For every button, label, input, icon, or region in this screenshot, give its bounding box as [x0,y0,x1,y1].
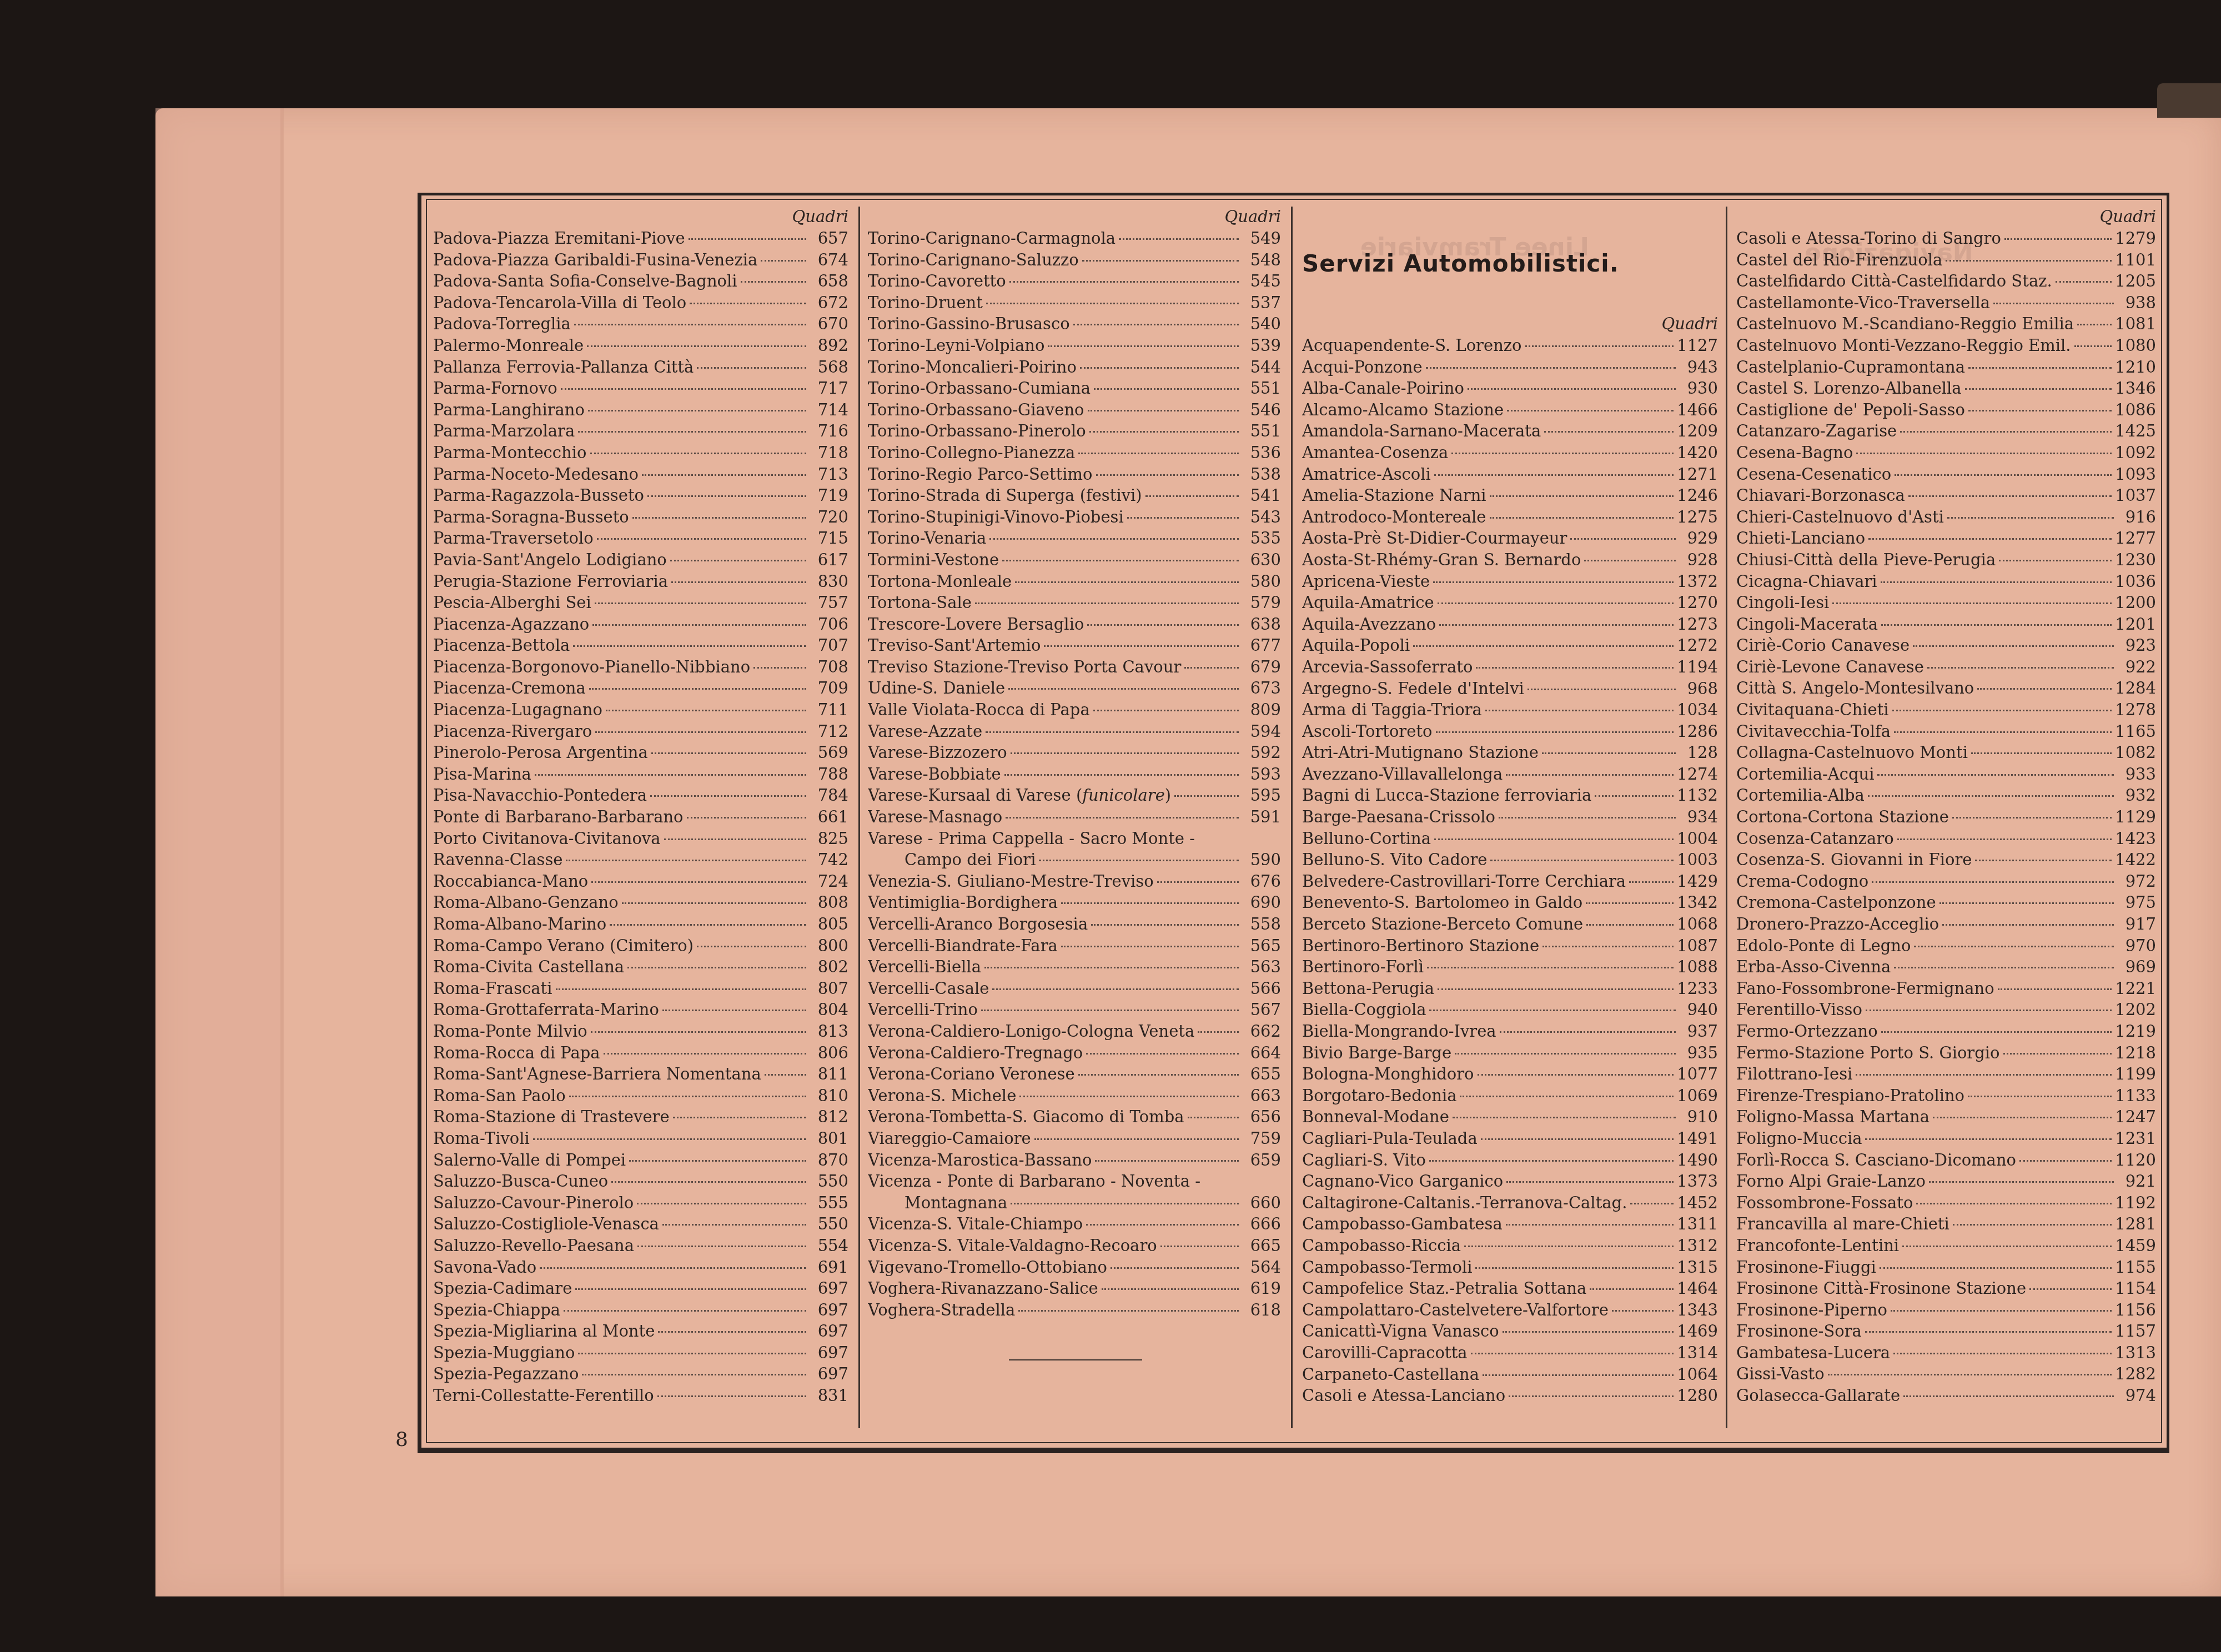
entry-quadro-number: 1423 [2115,828,2158,850]
entry-route-name: Torino-Leyni-Volpiano [868,335,1044,356]
entry-route-name: Amantea-Cosenza [1302,442,1448,464]
index-entry: Cingoli-Iesi1200 [1736,592,2158,614]
index-entry: Torino-Regio Parco-Settimo538 [868,464,1283,485]
entry-quadro-number: 830 [810,571,851,592]
index-entry: Collagna-Castelnuovo Monti1082 [1736,742,2158,764]
dot-leader [1946,260,2112,262]
entry-route-name: Castelnuovo Monti-Vezzano-Reggio Emil. [1736,335,2071,356]
dot-leader [1872,881,2114,883]
entry-route-name: Torino-Stupinigi-Vinovo-Piobesi [868,506,1124,528]
entry-route-name: Parma-Noceto-Medesano [433,464,639,485]
index-entry: Voghera-Rivanazzano-Salice619 [868,1278,1283,1299]
dot-leader [1044,645,1239,647]
index-entry: Padova-Tencarola-Villa di Teolo672 [433,292,851,314]
dot-leader [1993,303,2114,304]
dot-leader [1451,453,1674,454]
entry-route-name: Bertinoro-Forlì [1302,956,1424,978]
entry-quadro-number: 1209 [1677,420,1720,442]
entry-quadro-number: 1464 [1677,1278,1720,1299]
entry-quadro-number: 1247 [2115,1106,2158,1128]
entry-quadro-number: 691 [810,1257,851,1278]
entry-quadro-number: 713 [810,464,851,485]
index-entry: Piacenza-Cremona709 [433,677,851,699]
entry-route-name: Parma-Fornovo [433,378,557,399]
index-entry: Aosta-St-Rhémy-Gran S. Bernardo928 [1302,549,1720,571]
index-entry: Ciriè-Corio Canavese923 [1736,635,2158,656]
index-entry: Parma-Fornovo717 [433,378,851,399]
index-entry: Spezia-Pegazzano697 [433,1363,851,1385]
dot-leader [1019,1096,1239,1097]
dot-leader [1096,474,1239,476]
index-entry: Campobasso-Gambatesa1311 [1302,1213,1720,1235]
dot-leader [1856,1074,2112,1076]
dot-leader [671,581,806,583]
entry-quadro-number: 809 [1242,699,1283,721]
index-entry: Crema-Codogno972 [1736,871,2158,892]
dot-leader [1968,1096,2112,1097]
entry-route-name: Campofelice Staz.-Petralia Sottana [1302,1278,1586,1299]
index-entry: Dronero-Prazzo-Acceglio917 [1736,913,2158,935]
index-entry: Gissi-Vasto1282 [1736,1363,2158,1385]
entry-quadro-number: 831 [810,1385,851,1407]
dot-leader [1018,1310,1239,1312]
entry-route-name: Porto Civitanova-Civitanova [433,828,661,850]
index-entry: Borgotaro-Bedonia1069 [1302,1085,1720,1107]
dot-leader [1160,1246,1239,1247]
entry-route-name: Vigevano-Tromello-Ottobiano [868,1257,1107,1278]
index-entry: Chiavari-Borzonasca1037 [1736,485,2158,506]
index-column-1: Quadri Padova-Piazza Eremitani-Piove657P… [433,205,851,1407]
dot-leader [690,303,806,304]
entry-route-name: Cicagna-Chiavari [1736,571,1877,592]
entry-route-name: Verona-Caldiero-Lonigo-Cologna Veneta [868,1021,1194,1042]
entry-quadro-number: 1086 [2115,399,2158,421]
dot-leader [1048,345,1239,347]
entry-quadro-number: 1469 [1677,1320,1720,1342]
index-entry: Torino-Cavoretto545 [868,270,1283,292]
entry-route-name: Bertinoro-Bertinoro Stazione [1302,935,1539,957]
index-entry: Saluzzo-Busca-Cuneo550 [433,1171,851,1192]
dot-leader [590,453,807,454]
entry-route-name: Vercelli-Biella [868,956,981,978]
dot-leader [1080,367,1239,369]
index-entry: Tortona-Sale579 [868,592,1283,614]
entry-quadro-number: 665 [1242,1235,1283,1257]
entry-quadro-number: 969 [2117,956,2158,978]
column-divider [1291,207,1293,1428]
entry-route-name: Torino-Collegno-Pianezza [868,442,1075,464]
entry-quadro-number: 1272 [1677,635,1720,656]
entry-quadro-number: 1372 [1677,571,1720,592]
entry-route-name: Venezia-S. Giuliano-Mestre-Treviso [868,871,1154,892]
dot-leader [1174,795,1239,797]
index-entry: Frosinone-Fiuggi1155 [1736,1257,2158,1278]
entry-route-name: Pallanza Ferrovia-Pallanza Città [433,356,694,378]
index-entry: Torino-Druent537 [868,292,1283,314]
section-end-rule [1009,1359,1142,1360]
index-entry: Castel del Rio-Firenzuola1101 [1736,249,2158,271]
dot-leader [1929,1181,2114,1183]
page-fold-shade [155,108,283,1596]
entry-quadro-number: 595 [1242,785,1283,806]
entry-quadro-number: 1088 [1677,956,1720,978]
index-entry: Torino-Gassino-Brusasco540 [868,313,1283,335]
entry-quadro-number: 935 [1679,1042,1720,1064]
index-entry: Vicenza-S. Vitale-Chiampo666 [868,1213,1283,1235]
entry-quadro-number: 545 [1242,270,1283,292]
index-entry: Arma di Taggia-Triora1034 [1302,699,1720,721]
entry-route-name: Parma-Langhirano [433,399,585,421]
index-entry: Castelnuovo Monti-Vezzano-Reggio Emil.10… [1736,335,2158,356]
entry-route-name: Parma-Montecchio [433,442,587,464]
index-entry: Roma-Albano-Marino805 [433,913,851,935]
dot-leader [1439,624,1674,626]
dot-leader [1086,1224,1239,1226]
section-spacer [1302,280,1720,313]
dot-leader [627,967,806,968]
dot-leader [1453,1117,1676,1118]
index-entry: Frosinone Città-Frosinone Stazione1154 [1736,1278,2158,1299]
entry-quadro-number: 660 [1242,1192,1283,1214]
index-entry: Alba-Canale-Poirino930 [1302,378,1720,399]
entry-route-name: Arcevia-Sassoferrato [1302,656,1473,678]
index-entry: Padova-Piazza Garibaldi-Fusina-Venezia67… [433,249,851,271]
entry-quadro-number: 567 [1242,999,1283,1021]
entry-quadro-number: 717 [810,378,851,399]
entry-quadro-number: 697 [810,1278,851,1299]
entry-route-name: Torino-Orbassano-Giaveno [868,399,1084,421]
entry-quadro-number: 1270 [1677,592,1720,614]
dot-leader [1490,495,1674,497]
entry-route-name: Verona-Tombetta-S. Giacomo di Tomba [868,1106,1184,1128]
index-entry: Bonneval-Modane910 [1302,1106,1720,1128]
dot-leader [1198,1031,1239,1033]
index-entry-continuation: Campo dei Fiori590 [868,849,1283,871]
index-entry: Campobasso-Termoli1315 [1302,1257,1720,1278]
italic-note: funicolare [1082,786,1165,805]
index-entry: Carovilli-Capracotta1314 [1302,1342,1720,1364]
dot-leader [1902,1246,2112,1247]
index-entry: Benevento-S. Bartolomeo in Galdo1342 [1302,892,1720,913]
entry-route-name: Aquila-Popoli [1302,635,1410,656]
dot-leader [1483,1374,1674,1376]
entry-route-name: Francofonte-Lentini [1736,1235,1899,1257]
entry-route-name: Roma-Ponte Milvio [433,1021,587,1042]
dot-leader [1011,1203,1239,1204]
index-entry: Civitaquana-Chieti1278 [1736,699,2158,721]
index-entry: Verona-S. Michele663 [868,1085,1283,1107]
entry-route-name: Amandola-Sarnano-Macerata [1302,420,1541,442]
entry-route-name: Cosenza-S. Giovanni in Fiore [1736,849,1972,871]
index-entry: Varese-Bobbiate593 [868,764,1283,785]
entry-route-name: Campobasso-Riccia [1302,1235,1461,1257]
entry-quadro-number: 1278 [2115,699,2158,721]
dot-leader [1892,710,2112,711]
dot-leader [575,1288,806,1290]
entry-quadro-number: 1280 [1677,1385,1720,1407]
entry-route-name: Salerno-Valle di Pompei [433,1149,626,1171]
entry-route-name: Torino-Gassino-Brusasco [868,313,1070,335]
entry-quadro-number: 1069 [1677,1085,1720,1107]
entry-route-name: Vercelli-Biandrate-Fara [868,935,1058,957]
dot-leader [1913,645,2114,647]
index-entry: Filottrano-Iesi1199 [1736,1063,2158,1085]
index-entry: Parma-Langhirano714 [433,399,851,421]
dot-leader [1499,817,1676,819]
dot-leader [1006,817,1239,819]
dot-leader [540,1267,806,1269]
index-entry: Piacenza-Borgonovo-Pianello-Nibbiano708 [433,656,851,678]
column-divider [858,207,860,1428]
index-entry: Campobasso-Riccia1312 [1302,1235,1720,1257]
entry-quadro-number: 784 [810,785,851,806]
entry-quadro-number: 563 [1242,956,1283,978]
entry-quadro-number: 757 [810,592,851,614]
entry-quadro-number: 568 [810,356,851,378]
index-entry: Tortona-Monleale580 [868,571,1283,592]
dot-leader [1590,1288,1674,1290]
entry-quadro-number: 804 [810,999,851,1021]
index-entry: Vercelli-Biella563 [868,956,1283,978]
dot-leader [1895,474,2112,476]
entry-quadro-number: 569 [810,742,851,764]
entry-quadro-number: 655 [1242,1063,1283,1085]
index-entry: Verona-Caldiero-Lonigo-Cologna Veneta662 [868,1021,1283,1042]
dot-leader [1485,710,1674,711]
entry-quadro-number: 1037 [2115,485,2158,506]
entry-route-name: Udine-S. Daniele [868,677,1005,699]
entry-quadro-number: 591 [1242,806,1283,828]
entry-route-name: Castiglione de' Pepoli-Sasso [1736,399,1965,421]
dot-leader [2004,238,2112,240]
index-entry: Belluno-S. Vito Cadore1003 [1302,849,1720,871]
entry-route-name: Roma-Tivoli [433,1128,530,1149]
entry-quadro-number: 706 [810,614,851,635]
dot-leader [569,1096,806,1097]
index-column-2: Quadri Torino-Carignano-Carmagnola549Tor… [868,205,1283,1360]
entry-route-name: Cagliari-S. Vito [1302,1149,1426,1171]
entry-route-name: Berceto Stazione-Berceto Comune [1302,913,1583,935]
entry-route-name: Frosinone-Sora [1736,1320,1862,1342]
index-entry: Roma-San Paolo810 [433,1085,851,1107]
dot-leader [1595,795,1674,797]
entry-quadro-number: 558 [1242,913,1283,935]
entry-route-name: Torino-Carignano-Saluzzo [868,249,1079,271]
dot-leader [533,1138,806,1140]
entry-route-name: Padova-Tencarola-Villa di Teolo [433,292,686,314]
entry-quadro-number: 1068 [1677,913,1720,935]
entry-quadro-number: 1218 [2115,1042,2158,1064]
page-fold-line [280,108,284,1596]
entry-quadro-number: 1452 [1677,1192,1720,1214]
dot-leader [564,1310,806,1312]
dot-leader [2029,1288,2112,1290]
dot-leader [1091,924,1239,926]
entry-quadro-number: 1210 [2115,356,2158,378]
dot-leader [1865,1331,2112,1333]
index-entry: Ravenna-Classe742 [433,849,851,871]
entry-route-name: Fossombrone-Fossato [1736,1192,1913,1214]
entry-route-name: Pisa-Marina [433,764,531,785]
entry-quadro-number: 551 [1242,420,1283,442]
entry-route-name: Piacenza-Lugagnano [433,699,602,721]
entry-route-name: Cortona-Cortona Stazione [1736,806,1949,828]
column-header-quadri: Quadri [1736,205,2158,228]
entry-quadro-number: 910 [1679,1106,1720,1128]
entry-quadro-number: 690 [1242,892,1283,913]
entry-route-name: Fermo-Stazione Porto S. Giorgio [1736,1042,2000,1064]
index-entry: Belvedere-Castrovillari-Torre Cerchiara1… [1302,871,1720,892]
index-entry: Saluzzo-Revello-Paesana554 [433,1235,851,1257]
index-entry: Amelia-Stazione Narni1246 [1302,485,1720,506]
dot-leader [1999,560,2112,561]
entry-quadro-number: 1420 [1677,442,1720,464]
entry-route-name: Castel del Rio-Firenzuola [1736,249,1942,271]
dot-leader [1471,1353,1674,1354]
entry-quadro-number: 1429 [1677,871,1720,892]
index-entry: Chiusi-Città della Pieve-Perugia1230 [1736,549,2158,571]
dot-leader [1009,281,1239,283]
entry-route-name: Trescore-Lovere Bersaglio [868,614,1084,635]
index-entry: Vicenza-S. Vitale-Valdagno-Recoaro665 [868,1235,1283,1257]
entry-quadro-number: 712 [810,721,851,742]
index-entry: Civitavecchia-Tolfa1165 [1736,721,2158,742]
entry-quadro-number: 590 [1242,849,1283,871]
index-entry: Biella-Coggiola940 [1302,999,1720,1021]
index-entry: Bagni di Lucca-Stazione ferroviaria1132 [1302,785,1720,806]
index-entry: Roma-Albano-Genzano808 [433,892,851,913]
index-entry: Salerno-Valle di Pompei870 [433,1149,851,1171]
entry-quadro-number: 670 [810,313,851,335]
dot-leader [578,431,806,433]
index-entry: Castelnuovo M.-Scandiano-Reggio Emilia10… [1736,313,2158,335]
dot-leader [1145,495,1239,497]
index-entry: Parma-Soragna-Busseto720 [433,506,851,528]
index-entry: Torino-Carignano-Carmagnola549 [868,228,1283,249]
entry-route-name: Piacenza-Cremona [433,677,586,699]
dot-leader [1429,1160,1674,1162]
index-entry: Terni-Collestatte-Ferentillo831 [433,1385,851,1407]
entry-route-name: Piacenza-Rivergaro [433,721,592,742]
dot-leader [1900,431,2112,433]
dot-leader [1968,367,2112,369]
index-entry: Tormini-Vestone630 [868,549,1283,571]
entry-quadro-number: 555 [810,1192,851,1214]
entry-quadro-number: 1230 [2115,549,2158,571]
entry-route-name: Treviso-Sant'Artemio [868,635,1041,656]
entry-route-name: Spezia-Muggiano [433,1342,575,1364]
dot-leader [664,838,806,840]
index-entry: Avezzano-Villavallelonga1274 [1302,764,1720,785]
entry-route-name: Torino-Carignano-Carmagnola [868,228,1115,249]
index-entry: Parma-Noceto-Medesano713 [433,464,851,485]
dot-leader [1188,1117,1239,1118]
entry-quadro-number: 808 [810,892,851,913]
entry-quadro-number: 1004 [1677,828,1720,850]
dot-leader [1881,581,2112,583]
entry-route-name: Collagna-Castelnuovo Monti [1736,742,1968,764]
index-entry: Chieti-Lanciano1277 [1736,528,2158,549]
entry-route-name: Ciriè-Levone Canavese [1736,656,1924,678]
entry-quadro-number: 1129 [2115,806,2158,828]
dot-leader [986,731,1239,733]
dot-leader [1436,731,1674,733]
entry-route-name: Pescia-Alberghi Sei [433,592,591,614]
entry-quadro-number: 933 [2117,764,2158,785]
entry-route-name: Viareggio-Camaiore [868,1128,1031,1149]
dot-leader [597,538,806,540]
entry-route-name: Antrodoco-Montereale [1302,506,1486,528]
entry-route-name: Bivio Barge-Barge [1302,1042,1451,1064]
index-entry: Canicattì-Vigna Vanasco1469 [1302,1320,1720,1342]
entry-quadro-number: 564 [1242,1257,1283,1278]
entry-route-name: Varese-Kursaal di Varese (funicolare) [868,785,1171,806]
dot-leader [604,1053,806,1055]
entry-quadro-number: 1246 [1677,485,1720,506]
entry-route-name: Ravenna-Classe [433,849,562,871]
index-entry: Casoli e Atessa-Lanciano1280 [1302,1385,1720,1407]
index-entry: Cosenza-S. Giovanni in Fiore1422 [1736,849,2158,871]
index-entry: Parma-Marzolara716 [433,420,851,442]
index-entry: Caltagirone-Caltanis.-Terranova-Caltag.1… [1302,1192,1720,1214]
index-entry: Bertinoro-Forlì1088 [1302,956,1720,978]
entry-quadro-number: 800 [810,935,851,957]
entry-route-name: Roma-Albano-Genzano [433,892,619,913]
entry-route-name: Cingoli-Iesi [1736,592,1829,614]
index-entry: Castellamonte-Vico-Traversella938 [1736,292,2158,314]
entry-route-name: Aquila-Amatrice [1302,592,1434,614]
entry-quadro-number: 549 [1242,228,1283,249]
entry-quadro-number: 759 [1242,1128,1283,1149]
index-entry: Campofelice Staz.-Petralia Sottana1464 [1302,1278,1720,1299]
index-entry: Città S. Angelo-Montesilvano1284 [1736,677,2158,699]
index-entry: Torino-Carignano-Saluzzo548 [868,249,1283,271]
entry-route-name: Terni-Collestatte-Ferentillo [433,1385,654,1407]
entry-route-name: Erba-Asso-Civenna [1736,956,1891,978]
entry-route-name: Campolattaro-Castelvetere-Valfortore [1302,1299,1609,1321]
entry-quadro-number: 1311 [1677,1213,1720,1235]
index-entry: Cesena-Bagno1092 [1736,442,2158,464]
index-entry: Piacenza-Bettola707 [433,635,851,656]
entry-quadro-number: 554 [810,1235,851,1257]
entry-quadro-number: 972 [2117,871,2158,892]
index-entry: Cingoli-Macerata1201 [1736,614,2158,635]
entry-quadro-number: 673 [1242,677,1283,699]
entry-quadro-number: 968 [1679,678,1720,700]
index-entry: Erba-Asso-Civenna969 [1736,956,2158,978]
entry-route-name: Ferentillo-Visso [1736,999,1862,1021]
entry-route-name: Amelia-Stazione Narni [1302,485,1486,506]
entry-route-name: Frosinone Città-Frosinone Stazione [1736,1278,2026,1299]
dot-leader [2056,281,2112,283]
index-entry: Aquila-Popoli1272 [1302,635,1720,656]
entry-quadro-number: 697 [810,1363,851,1385]
entry-route-name: Chiusi-Città della Pieve-Perugia [1736,549,1996,571]
dot-leader [574,324,806,325]
entry-quadro-number: 657 [810,228,851,249]
entry-quadro-number: 1281 [2115,1213,2158,1235]
entry-route-name: Vicenza - Ponte di Barbarano - Noventa - [868,1171,1200,1192]
entry-quadro-number: 663 [1242,1085,1283,1107]
index-entry: Roma-Sant'Agnese-Barriera Nomentana811 [433,1063,851,1085]
entry-quadro-number: 658 [810,270,851,292]
entry-route-name: Campobasso-Termoli [1302,1257,1472,1278]
entry-route-name: Bonneval-Modane [1302,1106,1449,1128]
entry-quadro-number: 1277 [2115,528,2158,549]
entry-route-name: Cingoli-Macerata [1736,614,1878,635]
entry-quadro-number: 1101 [2115,249,2158,271]
index-entry: Ponte di Barbarano-Barbarano661 [433,806,851,828]
